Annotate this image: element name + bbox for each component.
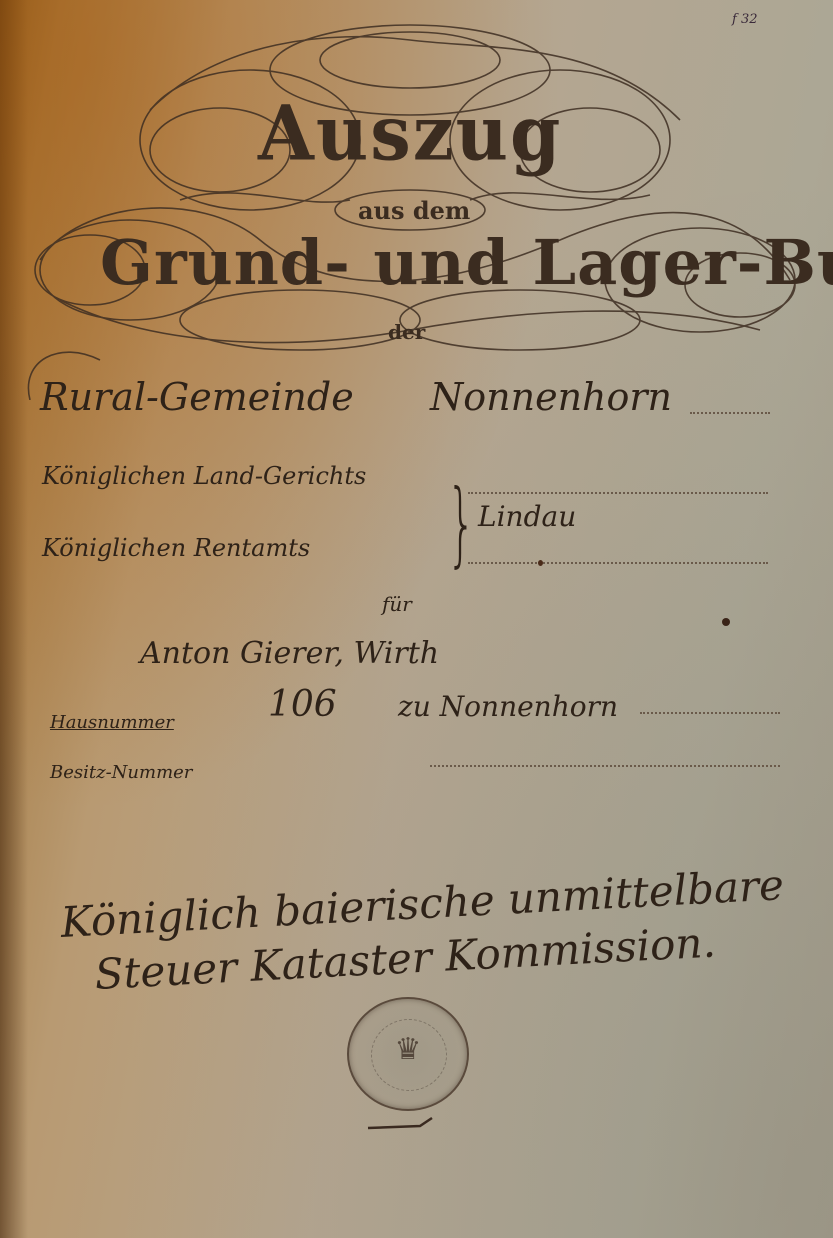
title-article: der xyxy=(388,320,425,344)
official-seal: ♛ xyxy=(347,997,469,1111)
folio-number: f 32 xyxy=(732,12,758,27)
gemeinde-value: Nonnenhorn xyxy=(430,375,672,419)
fill-dots xyxy=(690,412,770,414)
for-label: für xyxy=(382,592,412,616)
landgericht-label: Königlichen Land-Gerichts xyxy=(42,462,366,490)
fill-dots xyxy=(430,765,780,767)
title-subline: aus dem xyxy=(358,196,470,225)
gemeinde-label: Rural-Gemeinde xyxy=(40,375,354,419)
fill-dots xyxy=(468,562,768,564)
brace-symbol: } xyxy=(447,470,476,577)
rentamt-label: Königlichen Rentamts xyxy=(42,534,310,562)
owner-value: Anton Gierer, Wirth xyxy=(140,636,439,671)
book-title: Grund- und Lager-Buch xyxy=(100,226,833,299)
house-number-value: 106 xyxy=(268,684,337,725)
paper-stain xyxy=(722,618,730,626)
owner-number-label: Besitz-Nummer xyxy=(50,762,192,783)
document-title: Auszug xyxy=(258,88,562,177)
paper-stain xyxy=(538,560,543,566)
crown-crest-icon: ♛ xyxy=(389,1031,427,1069)
fill-dots xyxy=(640,712,780,714)
house-number-label: Hausnummer xyxy=(50,712,174,733)
place-value: zu Nonnenhorn xyxy=(398,690,618,723)
district-value: Lindau xyxy=(478,500,576,533)
seal-underline-mark xyxy=(360,1110,450,1140)
fill-dots xyxy=(468,492,768,494)
